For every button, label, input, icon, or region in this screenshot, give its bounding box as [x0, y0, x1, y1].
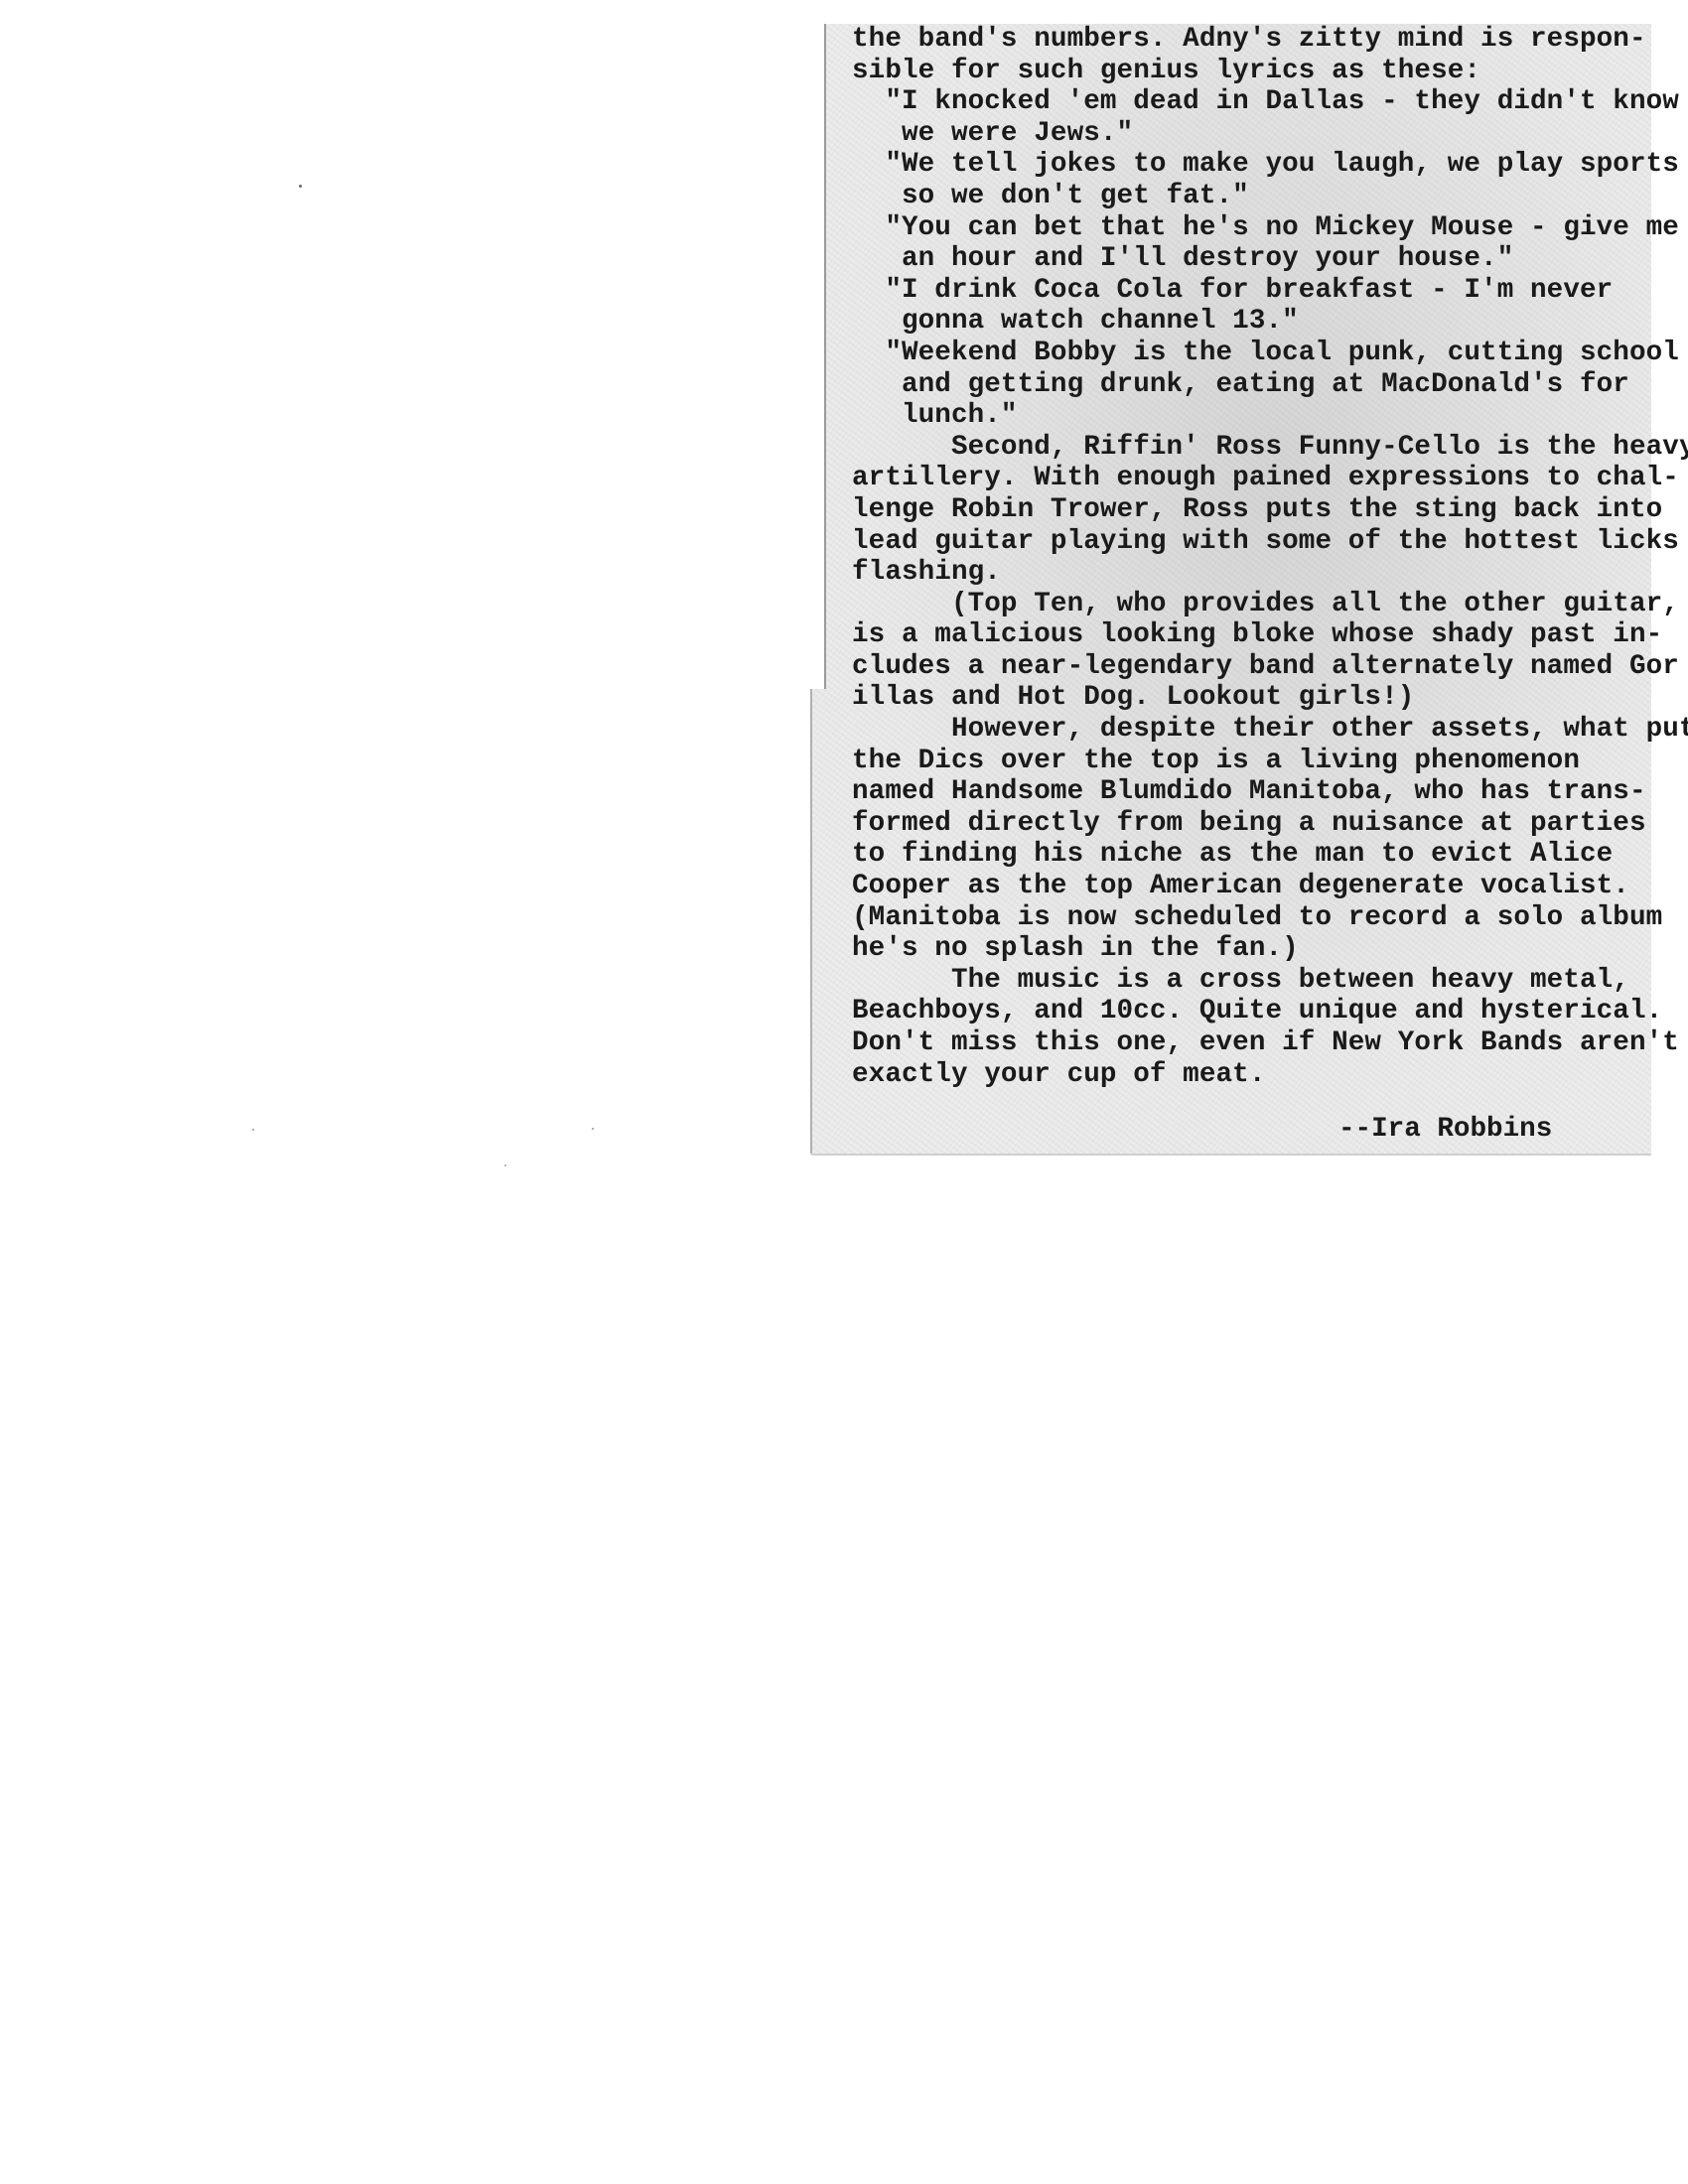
article-line: exactly your cup of meat.: [852, 1059, 1656, 1091]
article-line: formed directly from being a nuisance at…: [852, 808, 1656, 840]
article-line: "We tell jokes to make you laugh, we pla…: [852, 149, 1656, 181]
article-line: gonna watch channel 13.": [852, 306, 1656, 338]
stray-speck: [299, 185, 302, 188]
article-line: lead guitar playing with some of the hot…: [852, 526, 1656, 558]
article-line: an hour and I'll destroy your house.": [852, 243, 1656, 275]
clipping-left-edge-upper: [824, 24, 826, 689]
article-line: Cooper as the top American degenerate vo…: [852, 871, 1656, 902]
article-line: to finding his niche as the man to evict…: [852, 839, 1656, 871]
article-line: "Weekend Bobby is the local punk, cuttin…: [852, 338, 1656, 369]
article-line: "I knocked 'em dead in Dallas - they did…: [852, 86, 1656, 118]
article-line: lenge Robin Trower, Ross puts the sting …: [852, 494, 1656, 526]
article-line: However, despite their other assets, wha…: [852, 714, 1656, 746]
article-line: and getting drunk, eating at MacDonald's…: [852, 369, 1656, 401]
article-line: (Top Ten, who provides all the other gui…: [852, 589, 1656, 620]
article-line: cludes a near-legendary band alternately…: [852, 651, 1656, 683]
article-line: Beachboys, and 10cc. Quite unique and hy…: [852, 996, 1656, 1027]
article-line: named Handsome Blumdido Manitoba, who ha…: [852, 776, 1656, 808]
article-line: he's no splash in the fan.): [852, 933, 1656, 965]
article-line: sible for such genius lyrics as these:: [852, 56, 1656, 87]
clipping-left-edge-lower: [810, 689, 812, 1154]
article-line: artillery. With enough pained expression…: [852, 463, 1656, 494]
stray-speck: [592, 1128, 594, 1130]
article-line: lunch.": [852, 400, 1656, 432]
article-line: is a malicious looking bloke whose shady…: [852, 619, 1656, 651]
article-line: "I drink Coca Cola for breakfast - I'm n…: [852, 275, 1656, 307]
clipping-notch: [811, 24, 824, 689]
stray-speck: [252, 1129, 254, 1131]
article-line: "You can bet that he's no Mickey Mouse -…: [852, 212, 1656, 244]
article-line: the band's numbers. Adny's zitty mind is…: [852, 24, 1656, 56]
article-line: the Dics over the top is a living phenom…: [852, 746, 1656, 777]
article-line: Don't miss this one, even if New York Ba…: [852, 1027, 1656, 1059]
article-body: the band's numbers. Adny's zitty mind is…: [852, 24, 1656, 1090]
article-line: (Manitoba is now scheduled to record a s…: [852, 902, 1656, 934]
article-line: we were Jews.": [852, 118, 1656, 150]
article-line: flashing.: [852, 557, 1656, 589]
article-line: Second, Riffin' Ross Funny-Cello is the …: [852, 432, 1656, 464]
article-line: illas and Hot Dog. Lookout girls!): [852, 682, 1656, 714]
stray-speck: [504, 1164, 506, 1166]
article-signature: --Ira Robbins: [1338, 1114, 1552, 1145]
article-line: so we don't get fat.": [852, 181, 1656, 212]
article-line: The music is a cross between heavy metal…: [852, 965, 1656, 997]
